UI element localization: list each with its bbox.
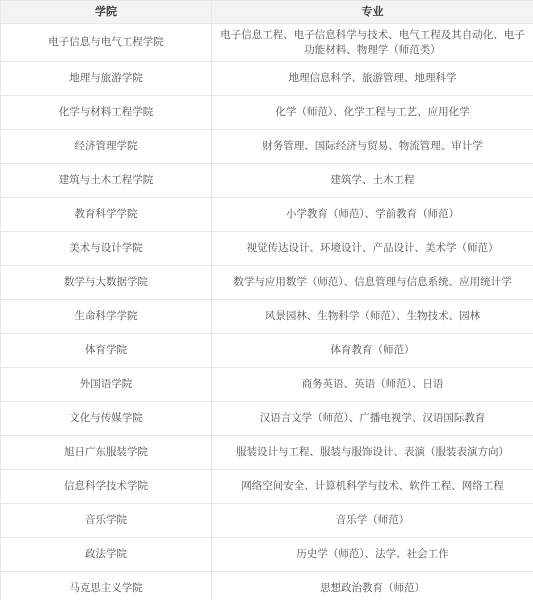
table-row: 经济管理学院财务管理、国际经济与贸易、物流管理、审计学: [1, 130, 533, 164]
majors-cell: 风景园林、生物科学（师范）、生物技术、园林: [212, 300, 533, 334]
table-row: 生命科学学院风景园林、生物科学（师范）、生物技术、园林: [1, 300, 533, 334]
majors-cell: 电子信息工程、电子信息科学与技术、电气工程及其自动化、电子功能材料、物理学（师范…: [212, 24, 533, 62]
table-header: 学院 专业: [1, 1, 533, 24]
college-cell: 地理与旅游学院: [1, 62, 212, 96]
college-cell: 体育学院: [1, 334, 212, 368]
header-college: 学院: [1, 1, 212, 24]
table-row: 音乐学院音乐学（师范）: [1, 504, 533, 538]
college-cell: 外国语学院: [1, 368, 212, 402]
college-cell: 马克思主义学院: [1, 572, 212, 600]
table-row: 文化与传媒学院汉语言文学（师范）、广播电视学、汉语国际教育: [1, 402, 533, 436]
college-cell: 美术与设计学院: [1, 232, 212, 266]
college-cell: 数学与大数据学院: [1, 266, 212, 300]
college-cell: 旭日广东服装学院: [1, 436, 212, 470]
college-cell: 化学与材料工程学院: [1, 96, 212, 130]
table-row: 信息科学技术学院网络空间安全、计算机科学与技术、软件工程、网络工程: [1, 470, 533, 504]
table-row: 旭日广东服装学院服装设计与工程、服装与服饰设计、表演（服装表演方向）: [1, 436, 533, 470]
college-cell: 建筑与土木工程学院: [1, 164, 212, 198]
table-row: 体育学院体育教育（师范）: [1, 334, 533, 368]
table-row: 数学与大数据学院数学与应用数学（师范）、信息管理与信息系统、应用统计学: [1, 266, 533, 300]
college-cell: 经济管理学院: [1, 130, 212, 164]
table-row: 化学与材料工程学院化学（师范）、化学工程与工艺、应用化学: [1, 96, 533, 130]
table-body: 电子信息与电气工程学院电子信息工程、电子信息科学与技术、电气工程及其自动化、电子…: [1, 24, 533, 600]
college-cell: 教育科学学院: [1, 198, 212, 232]
college-cell: 音乐学院: [1, 504, 212, 538]
table-row: 教育科学学院小学教育（师范）、学前教育（师范）: [1, 198, 533, 232]
majors-cell: 财务管理、国际经济与贸易、物流管理、审计学: [212, 130, 533, 164]
majors-cell: 汉语言文学（师范）、广播电视学、汉语国际教育: [212, 402, 533, 436]
majors-cell: 化学（师范）、化学工程与工艺、应用化学: [212, 96, 533, 130]
majors-cell: 建筑学、土木工程: [212, 164, 533, 198]
majors-cell: 体育教育（师范）: [212, 334, 533, 368]
majors-cell: 历史学（师范）、法学、社会工作: [212, 538, 533, 572]
majors-cell: 数学与应用数学（师范）、信息管理与信息系统、应用统计学: [212, 266, 533, 300]
table-row: 政法学院历史学（师范）、法学、社会工作: [1, 538, 533, 572]
college-cell: 电子信息与电气工程学院: [1, 24, 212, 62]
majors-cell: 音乐学（师范）: [212, 504, 533, 538]
page: 学院 专业 电子信息与电气工程学院电子信息工程、电子信息科学与技术、电气工程及其…: [0, 0, 533, 600]
table-row: 马克思主义学院思想政治教育（师范）: [1, 572, 533, 600]
majors-cell: 商务英语、英语（师范）、日语: [212, 368, 533, 402]
majors-cell: 网络空间安全、计算机科学与技术、软件工程、网络工程: [212, 470, 533, 504]
table-row: 地理与旅游学院地理信息科学、旅游管理、地理科学: [1, 62, 533, 96]
college-cell: 文化与传媒学院: [1, 402, 212, 436]
majors-cell: 思想政治教育（师范）: [212, 572, 533, 600]
majors-cell: 服装设计与工程、服装与服饰设计、表演（服装表演方向）: [212, 436, 533, 470]
college-cell: 生命科学学院: [1, 300, 212, 334]
header-majors: 专业: [212, 1, 533, 24]
college-cell: 政法学院: [1, 538, 212, 572]
majors-cell: 小学教育（师范）、学前教育（师范）: [212, 198, 533, 232]
table-row: 建筑与土木工程学院建筑学、土木工程: [1, 164, 533, 198]
majors-cell: 地理信息科学、旅游管理、地理科学: [212, 62, 533, 96]
table-row: 美术与设计学院视觉传达设计、环境设计、产品设计、美术学（师范）: [1, 232, 533, 266]
college-major-table: 学院 专业 电子信息与电气工程学院电子信息工程、电子信息科学与技术、电气工程及其…: [0, 0, 533, 600]
table-row: 电子信息与电气工程学院电子信息工程、电子信息科学与技术、电气工程及其自动化、电子…: [1, 24, 533, 62]
majors-cell: 视觉传达设计、环境设计、产品设计、美术学（师范）: [212, 232, 533, 266]
header-row: 学院 专业: [1, 1, 533, 24]
college-cell: 信息科学技术学院: [1, 470, 212, 504]
table-row: 外国语学院商务英语、英语（师范）、日语: [1, 368, 533, 402]
